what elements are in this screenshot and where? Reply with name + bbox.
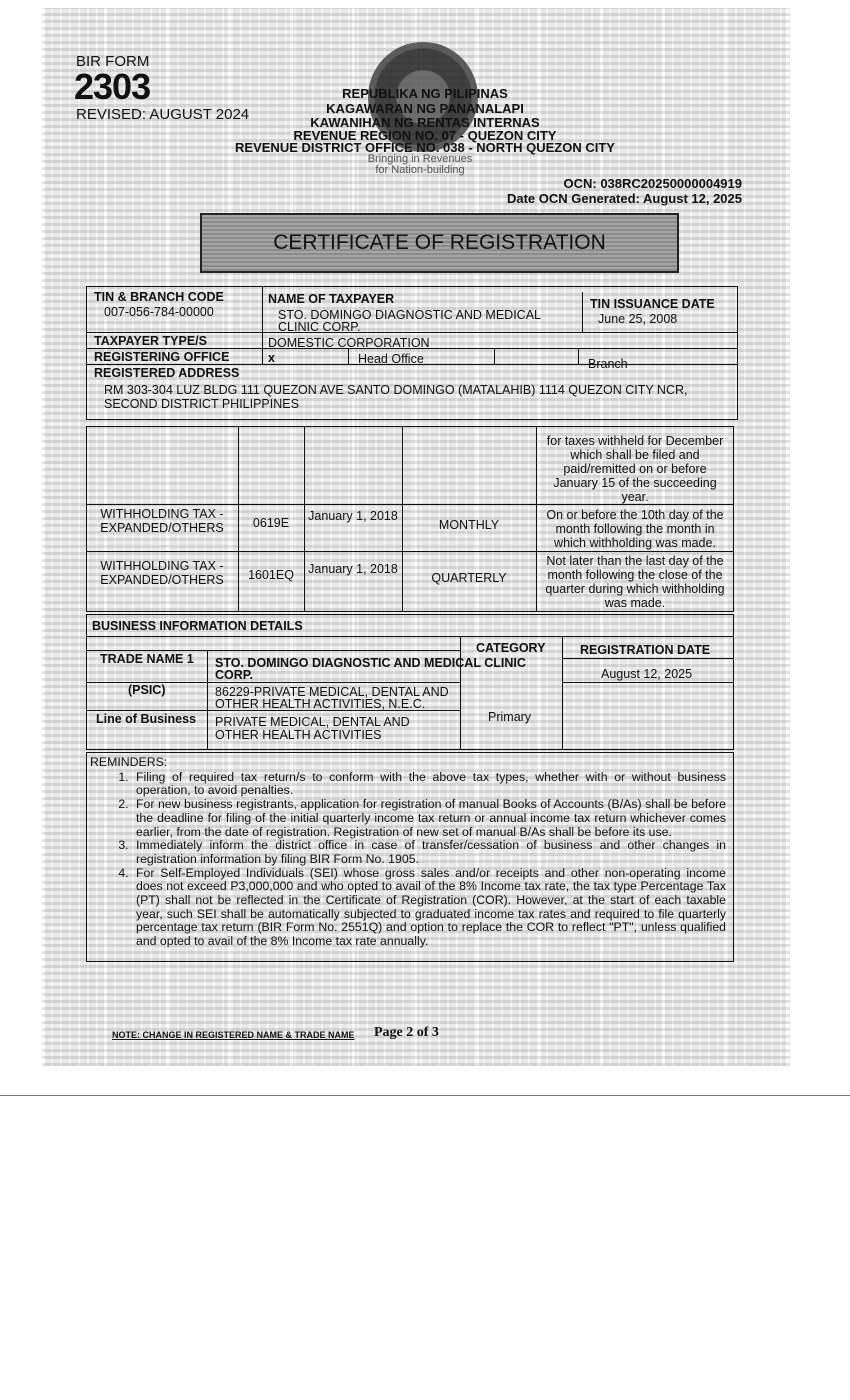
divider (86, 332, 738, 333)
address-line-2: SECOND DISTRICT PHILIPPINES (104, 397, 299, 411)
branch-option: Branch (588, 357, 628, 371)
registration-date-header: REGISTRATION DATE (580, 643, 710, 657)
tin-value: 007-056-784-00000 (104, 305, 214, 319)
reminders-section: REMINDERS: Filing of required tax return… (90, 756, 726, 949)
divider (86, 504, 734, 505)
registration-date-value: August 12, 2025 (601, 667, 692, 681)
certificate-title: CERTIFICATE OF REGISTRATION (273, 231, 606, 255)
tin-label: TIN & BRANCH CODE (94, 290, 224, 304)
page-edge-divider (0, 1095, 850, 1096)
line-of-business-line-1: PRIVATE MEDICAL, DENTAL AND (215, 715, 410, 729)
business-section-label: BUSINESS INFORMATION DETAILS (92, 619, 303, 633)
ocn-block: OCN: 038RC20250000004919 Date OCN Genera… (507, 176, 742, 206)
trade-name-label: TRADE NAME 1 (100, 652, 194, 666)
filing-frequency: MONTHLY (404, 518, 534, 532)
trade-name-line-2: CORP. (215, 668, 253, 682)
tax-type: WITHHOLDING TAX - EXPANDED/OTHERS (90, 559, 234, 587)
ocn-generated-date: Date OCN Generated: August 12, 2025 (507, 191, 742, 206)
registered-address-label: REGISTERED ADDRESS (94, 366, 239, 380)
divider (348, 349, 349, 364)
reminder-item: For Self-Employed Individuals (SEI) whos… (132, 867, 726, 949)
agency-line-1: REPUBLIKA NG PILIPINAS (230, 86, 620, 101)
divider (207, 650, 208, 750)
certificate-title-banner: CERTIFICATE OF REGISTRATION (200, 213, 679, 273)
divider (86, 650, 460, 651)
address-line-1: RM 303-304 LUZ BLDG 111 QUEZON AVE SANTO… (104, 383, 687, 397)
divider (262, 332, 263, 364)
divider (562, 658, 734, 659)
tin-issuance-value: June 25, 2008 (598, 312, 677, 326)
trade-name-line-1: STO. DOMINGO DIAGNOSTIC AND MEDICAL CLIN… (215, 656, 526, 670)
divider (494, 349, 495, 364)
line-of-business-label: Line of Business (96, 712, 196, 726)
form-type: 0619E (240, 516, 302, 530)
reminder-item: For new business registrants, applicatio… (132, 798, 726, 839)
head-office-option: Head Office (358, 352, 424, 366)
reminder-item: Filing of required tax return/s to confo… (132, 771, 726, 798)
form-revision: REVISED: AUGUST 2024 (76, 106, 249, 123)
taxpayer-type-label: TAXPAYER TYPE/S (94, 334, 207, 348)
psic-line-2: OTHER HEALTH ACTIVITIES, N.E.C. (215, 697, 425, 711)
divider (578, 349, 579, 364)
registering-office-label: REGISTERING OFFICE (94, 350, 229, 364)
filing-deadline: On or before the 10th day of the month f… (540, 508, 730, 550)
page-number: Page 2 of 3 (374, 1025, 439, 1041)
tax-type: WITHHOLDING TAX - EXPANDED/OTHERS (90, 507, 234, 535)
ocn-number: OCN: 038RC20250000004919 (507, 176, 742, 191)
filing-deadline: Not later than the last day of the month… (540, 554, 730, 610)
footer-note: NOTE: CHANGE IN REGISTERED NAME & TRADE … (112, 1030, 355, 1040)
divider (86, 636, 734, 637)
divider (582, 292, 583, 332)
line-of-business-line-2: OTHER HEALTH ACTIVITIES (215, 728, 381, 742)
divider (562, 636, 563, 750)
form-type: 1601EQ (240, 568, 302, 582)
taxpayer-name-line-2: CLINIC CORP. (278, 320, 360, 334)
continued-deadline-text: for taxes withheld for December which sh… (540, 434, 730, 504)
agency-line-2: KAGAWARAN NG PANANALAPI (230, 101, 620, 116)
reminders-title: REMINDERS: (90, 756, 726, 770)
reminder-item: Immediately inform the district office i… (132, 839, 726, 866)
category-header: CATEGORY (476, 641, 545, 655)
head-office-checkmark: x (268, 351, 275, 365)
filing-frequency: QUARTERLY (404, 571, 534, 585)
divider (86, 551, 734, 552)
start-date: January 1, 2018 (306, 509, 400, 523)
start-date: January 1, 2018 (306, 562, 400, 576)
divider (262, 286, 263, 332)
psic-label: (PSIC) (128, 683, 166, 697)
divider (402, 426, 403, 612)
divider (304, 426, 305, 612)
category-value: Primary (488, 710, 531, 724)
divider (536, 426, 537, 612)
form-number: 2303 (74, 66, 150, 108)
divider (562, 682, 734, 683)
tin-issuance-label: TIN ISSUANCE DATE (590, 297, 715, 311)
taxpayer-name-label: NAME OF TAXPAYER (268, 292, 394, 306)
divider (238, 426, 239, 612)
divider (460, 636, 461, 750)
taxpayer-type-value: DOMESTIC CORPORATION (268, 336, 430, 350)
tagline-2: for Nation-building (330, 164, 510, 176)
